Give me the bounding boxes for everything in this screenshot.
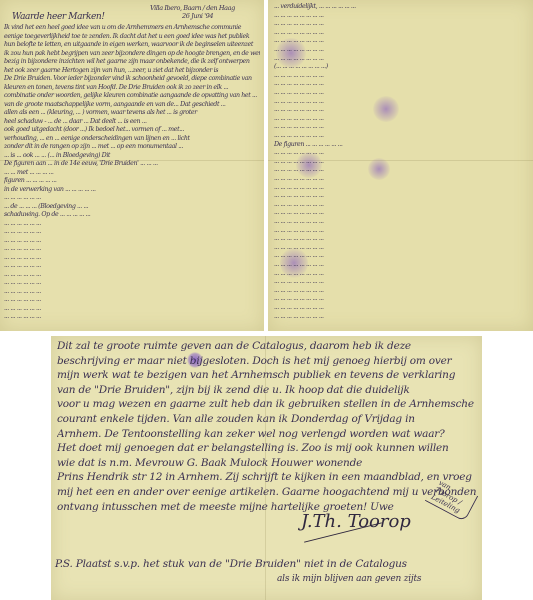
- handwritten-line: ... ... ... ... ... ... ... ...: [274, 201, 528, 208]
- handwritten-line: mij het een en ander over eenige artikel…: [57, 486, 477, 498]
- handwritten-line: ... verduidelijkt, ... ... ... ... ... .…: [274, 3, 528, 10]
- handwritten-line: ... ... ... ... ... ... ... ...: [274, 261, 528, 268]
- postscript-line-1: P.S. Plaatst s.v.p. het stuk van de "Dri…: [55, 558, 407, 570]
- handwritten-line: ... ... ... ... ... ...: [4, 228, 260, 235]
- handwritten-line: ... ... ... ... ... ... ... ...: [274, 304, 528, 311]
- letter-page-2: ... verduidelijkt, ... ... ... ... ... .…: [268, 0, 533, 331]
- handwritten-line: De figuren aan ... in de 14e eeuw, 'Drie…: [4, 160, 260, 167]
- handwritten-line: wie dat is n.m. Mevrouw G. Baak Mulock H…: [57, 457, 477, 469]
- handwritten-line: ... de ... ... ... (Bloedgeving ... ...: [4, 203, 260, 210]
- handwritten-line: ... ... ... ... ... ... ... ...: [274, 175, 528, 182]
- handwritten-line: ... ... ... ... ... ... ... ...: [274, 227, 528, 234]
- handwritten-line: ontvang intusschen met de meeste mijne h…: [57, 501, 477, 513]
- handwritten-line: van de groote maatschappelijke vorm, aan…: [4, 101, 260, 108]
- handwritten-line: ... ... ... ... ... ... ... ...: [274, 29, 528, 36]
- handwritten-line: ... is ... ook ... ... (... in Bloedgevi…: [4, 152, 260, 159]
- handwritten-line: eenige toegeverlijkheid toe te zenden. I…: [4, 33, 260, 40]
- handwritten-line: ... ... ... ... ... ... ... ...: [274, 12, 528, 19]
- handwritten-line: ... ... ... ... ... ... ... ...: [274, 55, 528, 62]
- handwritten-line: zonder dit in de rangen op zijn ... met …: [4, 143, 260, 150]
- letter-header-address: Villa Ibero, Baarn / den Haag: [150, 4, 235, 12]
- handwritten-line: ... ... ... ... ... ... ... ...: [274, 166, 528, 173]
- handwritten-line: ... ... ... ... ... ... ... ...: [274, 209, 528, 216]
- handwritten-line: ... ... ... ... ... ... ... ...: [274, 123, 528, 130]
- handwritten-line: ... ... ... ... ... ...: [4, 313, 260, 320]
- handwritten-line: Arnhem. De Tentoonstelling kan zeker wel…: [57, 428, 477, 440]
- handwritten-line: ... ... ... ... ... ...: [4, 237, 260, 244]
- handwritten-line: ... ... ... ... ... ... ... ...: [274, 278, 528, 285]
- handwritten-line: ... ... ... ... ... ... ... ...: [274, 115, 528, 122]
- handwritten-line: mijn werk wat te bezigen van het Arnhems…: [57, 369, 477, 381]
- handwritten-line: in de verwerking van ... ... ... ... ...: [4, 186, 260, 193]
- handwritten-line: ... ... ... ... ... ... ... ...: [274, 184, 528, 191]
- letter-date: 26 Juni '94: [182, 12, 213, 20]
- handwritten-line: Het doet mij genoegen dat er belangstell…: [57, 442, 477, 454]
- handwritten-line: ... ... met ... ... ... ...: [4, 169, 260, 176]
- handwritten-line: De figuren ... ... ... ... ... ...: [274, 141, 528, 148]
- handwritten-line: figuren ... ... ... ... ...: [4, 177, 260, 184]
- handwritten-line: ... ... ... ... ... ... ... ...: [274, 20, 528, 27]
- handwritten-line: ... ... ... ... ... ...: [4, 254, 260, 261]
- handwritten-line: ... ... ... ... ... ... ... ...: [274, 89, 528, 96]
- handwritten-line: ook goed uitgedacht (door ...) Ik bedoel…: [4, 126, 260, 133]
- handwritten-line: ... ... ... ... ... ...: [4, 279, 260, 286]
- handwritten-line: ... ... ... ... ... ... ... ...: [274, 270, 528, 277]
- handwritten-line: (... ... ... ... ... ... ... ...): [274, 63, 528, 70]
- handwritten-line: ... ... ... ... ... ... ... ...: [274, 132, 528, 139]
- handwritten-line: ... ... ... ... ... ... ... ...: [274, 235, 528, 242]
- handwritten-line: bezig in bijzondere inzichten wil het ga…: [4, 58, 260, 65]
- handwritten-line: ... ... ... ... ... ...: [4, 245, 260, 252]
- handwritten-line: ... ... ... ... ... ... ... ...: [274, 252, 528, 259]
- handwritten-line: ... ... ... ... ... ...: [4, 296, 260, 303]
- handwritten-line: verhouding, ... en ... eenige onderschei…: [4, 135, 260, 142]
- handwritten-line: courant enkele tijden. Van alle zouden k…: [57, 413, 477, 425]
- handwritten-line: Ik vind het een heel goed idee van u om …: [4, 24, 260, 31]
- handwritten-line: ... ... ... ... ... ...: [4, 271, 260, 278]
- letter-salutation: Waarde heer Marken!: [12, 12, 105, 22]
- handwritten-line: ... ... ... ... ... ... ... ...: [274, 192, 528, 199]
- handwritten-line: heel schaduw - ... de ... daar ... Dat d…: [4, 118, 260, 125]
- handwritten-line: combinatie onder woorden, gelijke kleure…: [4, 92, 260, 99]
- handwritten-line: van de "Drie Bruiden", zijn bij ik zend …: [57, 384, 477, 396]
- postscript-line-2: als ik mijn blijven aan geven zijts: [277, 574, 421, 584]
- letter-page-3: Dit zal te groote ruimte geven aan de Ca…: [51, 336, 482, 600]
- handwritten-line: Dit zal te groote ruimte geven aan de Ca…: [57, 340, 477, 352]
- handwritten-line: ... ... ... ... ... ... ... ...: [274, 37, 528, 44]
- handwritten-line: ... ... ... ... ... ... ... ...: [274, 218, 528, 225]
- handwritten-line: voor u mag wezen en gaarne zult heb dan …: [57, 398, 477, 410]
- handwritten-line: ... ... ... ... ... ... ... ...: [274, 158, 528, 165]
- handwritten-line: beschrijving er maar niet bijgesloten. D…: [57, 355, 477, 367]
- handwritten-line: ... ... ... ... ... ... ... ...: [274, 46, 528, 53]
- handwritten-line: ... ... ... ... ... ... ... ...: [274, 287, 528, 294]
- handwritten-line: ... ... ... ... ... ... ... ...: [274, 80, 528, 87]
- handwritten-line: hun belofte te letten, en uitgaande in e…: [4, 41, 260, 48]
- handwritten-line: ... ... ... ... ... ...: [4, 220, 260, 227]
- handwritten-line: ... ... ... ... ... ... ... ...: [274, 295, 528, 302]
- letter-page-1: Villa Ibero, Baarn / den Haag 26 Juni '9…: [0, 0, 264, 331]
- handwritten-line: ... ... ... ... ... ...: [4, 305, 260, 312]
- handwritten-line: ... ... ... ... ... ...: [4, 194, 260, 201]
- handwritten-line: ... ... ... ... ... ... ... ...: [274, 72, 528, 79]
- handwritten-line: De Drie Bruiden. Voor ieder bijzonder vi…: [4, 75, 260, 82]
- handwritten-line: ... ... ... ... ... ...: [4, 288, 260, 295]
- handwritten-line: Prins Hendrik str 12 in Arnhem. Zij schr…: [57, 471, 477, 483]
- handwritten-line: ... ... ... ... ... ... ... ...: [274, 98, 528, 105]
- handwritten-line: ik zou hun pak hebt begrijpen van zeer b…: [4, 50, 260, 57]
- handwritten-line: ... ... ... ... ... ... ... ...: [274, 244, 528, 251]
- handwritten-line: ... ... ... ... ... ... ... ...: [274, 149, 528, 156]
- handwritten-line: ... ... ... ... ... ... ... ...: [274, 106, 528, 113]
- handwritten-line: het ook zeer gaarne Hertogen zijn van hu…: [4, 67, 260, 74]
- handwritten-line: schaduwing. Op de ... ... ... ... ...: [4, 211, 260, 218]
- handwritten-line: ... ... ... ... ... ... ... ...: [274, 313, 528, 320]
- handwritten-line: kleuren en tonen, tevens tint van Hoofd.…: [4, 84, 260, 91]
- handwritten-line: ... ... ... ... ... ...: [4, 262, 260, 269]
- handwritten-line: allen als een ... (kleuring, ... ) vorme…: [4, 109, 260, 116]
